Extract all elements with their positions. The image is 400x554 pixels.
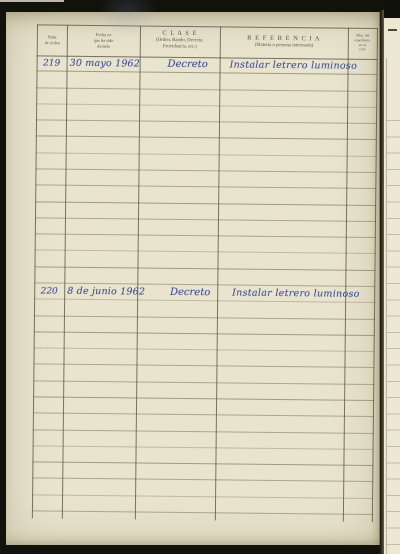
- table-body: 21930 mayo 1962DecretoInstalar letrero l…: [32, 55, 378, 515]
- column-header-title: R E F E R E N C I A: [247, 35, 320, 43]
- column-header-label: Núm. del expediente, en su caso: [348, 34, 378, 53]
- scanned-ledger-page: Núm. de orden Fecha en que ha sido dicta…: [0, 0, 400, 554]
- next-page-ruled-lines: [387, 120, 400, 554]
- column-header-clase: C L A S E (Orden, Bando, Decreto, Provid…: [140, 27, 220, 58]
- next-page-mark: [388, 29, 397, 31]
- column-header-expediente: Núm. del expediente, en su caso: [348, 29, 378, 59]
- next-page-edge: [384, 0, 400, 554]
- scan-edge-strip: [0, 0, 64, 2]
- column-header-title: C L A S E: [162, 30, 197, 37]
- column-header-subtitle: (Orden, Bando, Decreto, Providencia, etc…: [138, 38, 221, 51]
- table-row: [32, 495, 373, 515]
- column-header-subtitle: (Materia o persona interesada): [217, 42, 350, 50]
- column-header-referencia: R E F E R E N C I A (Materia o persona i…: [220, 27, 348, 58]
- table-header: Núm. de orden Fecha en que ha sido dicta…: [37, 24, 378, 60]
- column-header-num-orden: Núm. de orden: [37, 25, 67, 55]
- ledger-page: Núm. de orden Fecha en que ha sido dicta…: [6, 12, 380, 545]
- ledger-table: Núm. de orden Fecha en que ha sido dicta…: [32, 24, 378, 522]
